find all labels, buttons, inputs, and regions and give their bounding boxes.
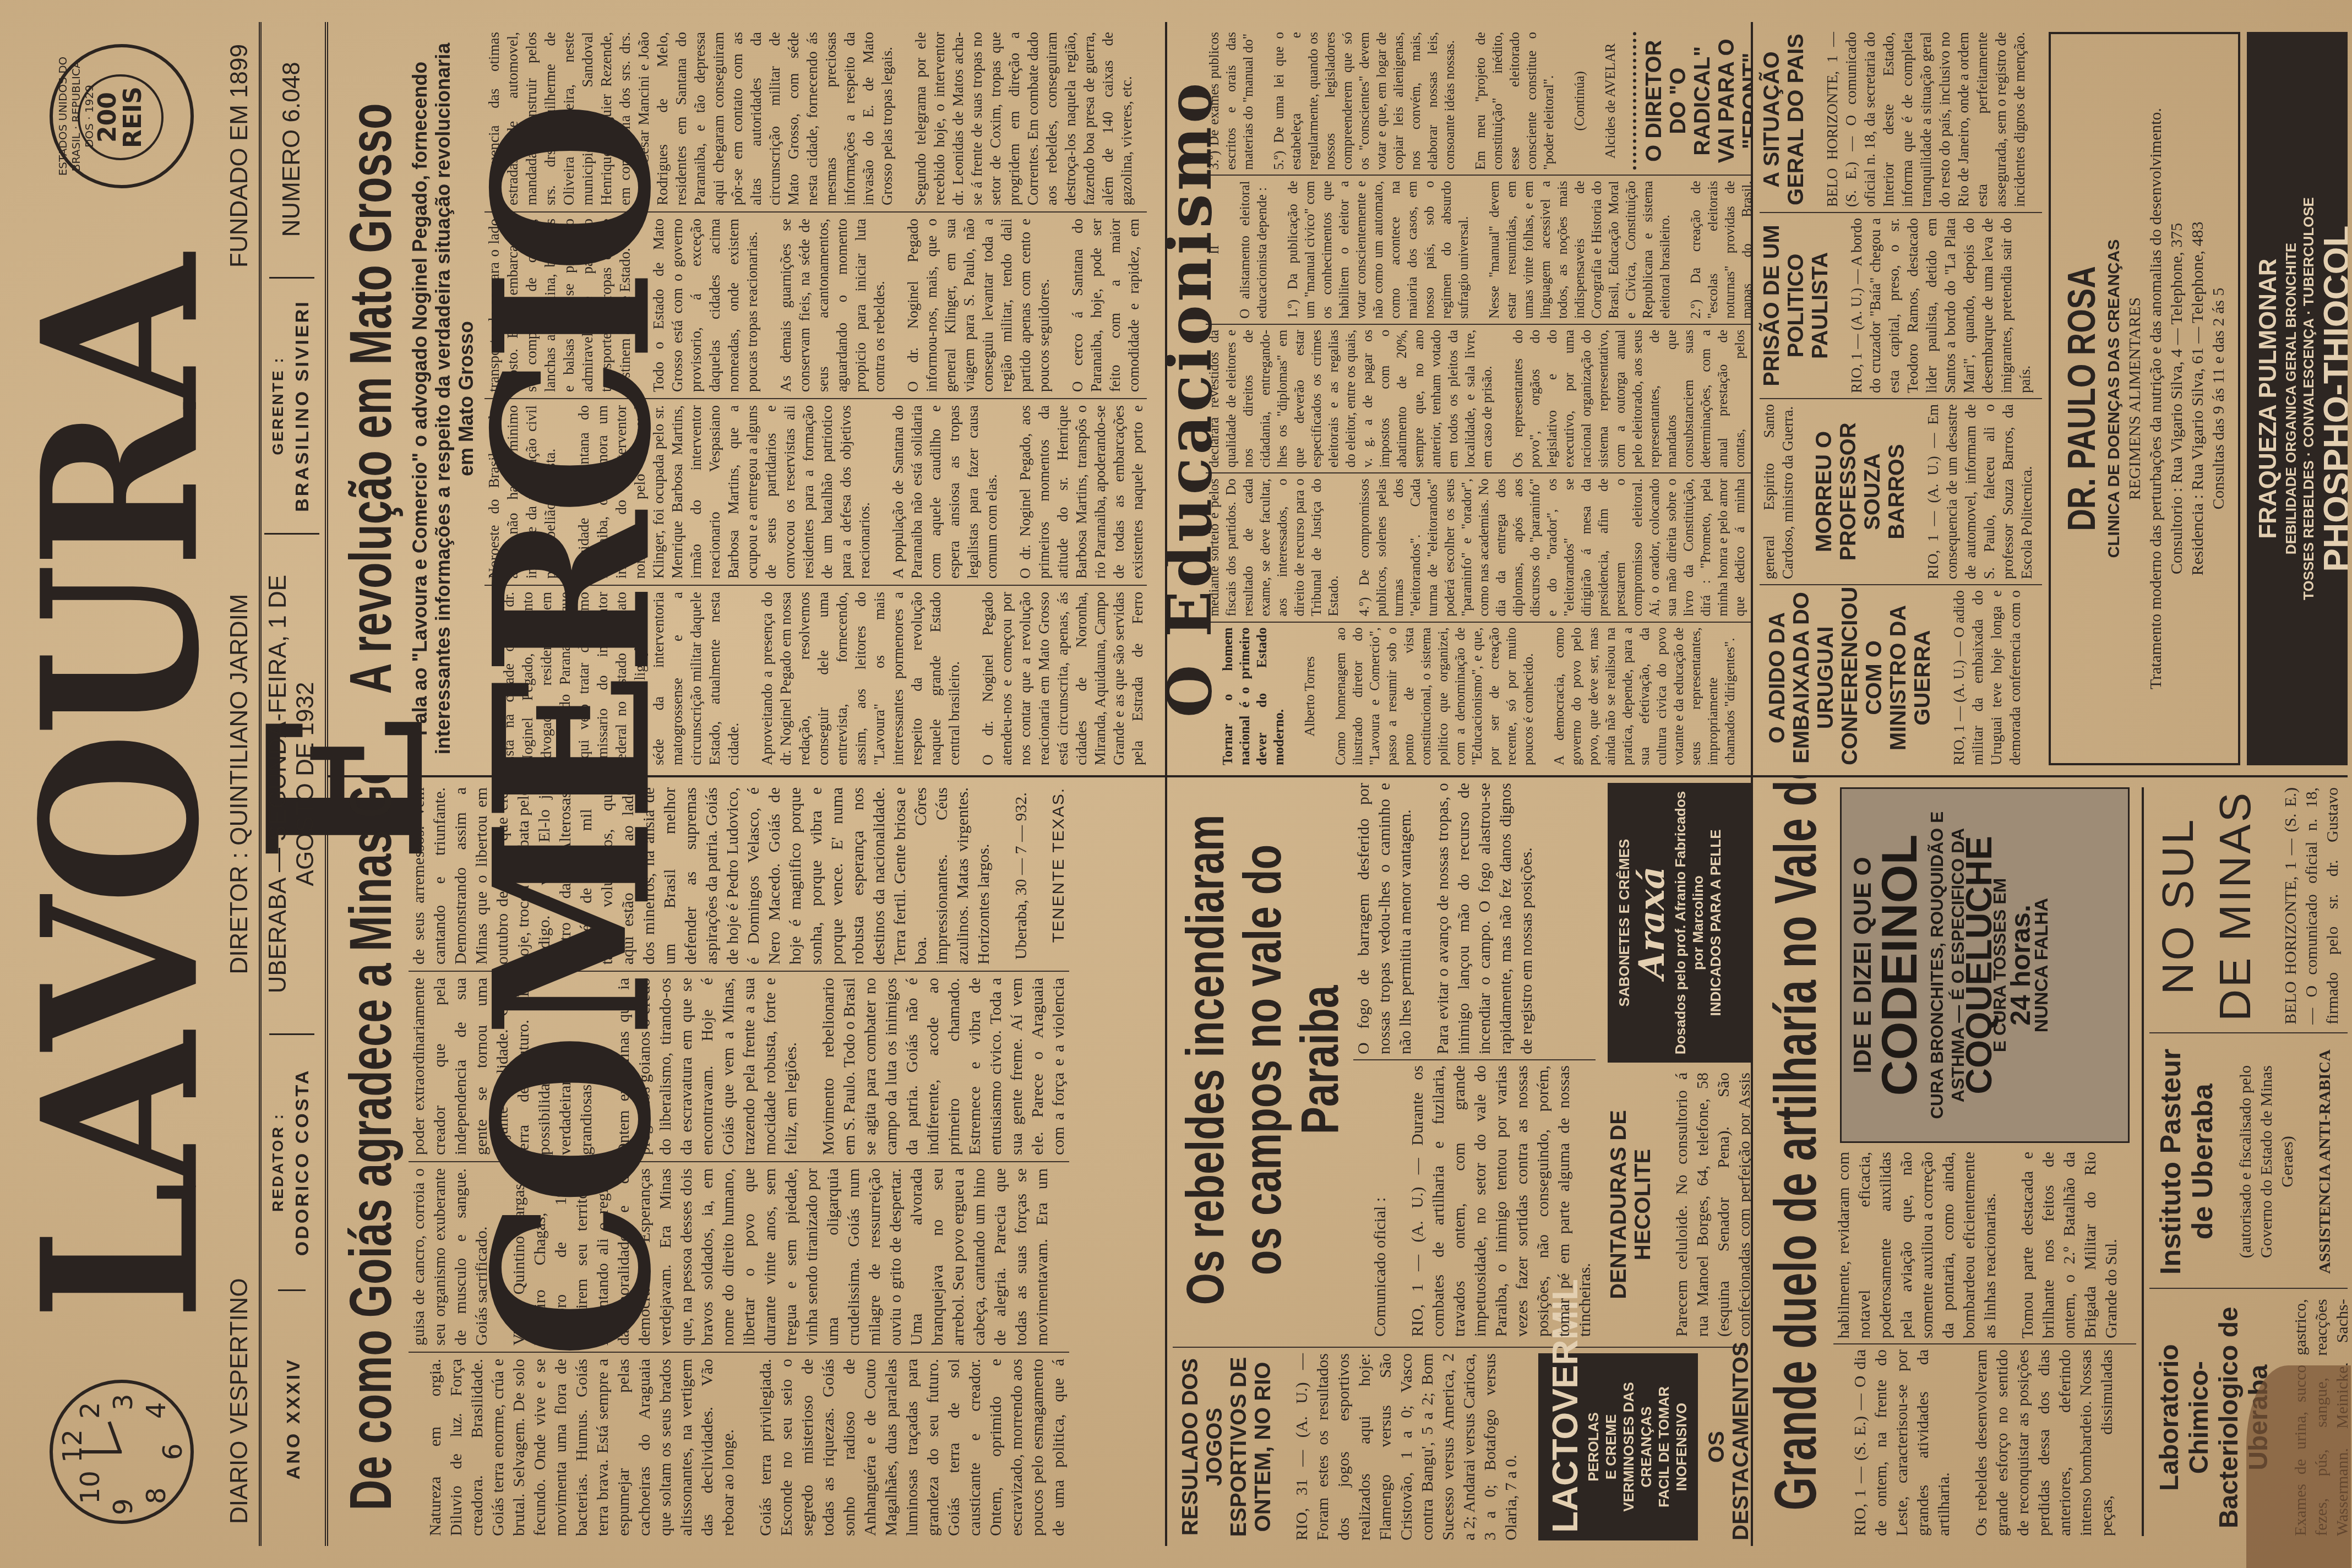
headline-prisao: PRISÃO DE UM POLITICO PAULISTA	[1760, 218, 1832, 393]
headline-esportes: RESULADO DOS JOGOS ESPORTIVOS DE ONTEM, …	[1178, 1353, 1275, 1540]
paragraph: 3.º) De exames publicos escritos e orais…	[1206, 32, 1257, 170]
stamp-unit: REIS	[121, 86, 146, 148]
paragraph: Nesse "manual" devem estar resumidas, em…	[1486, 181, 1674, 318]
ad-instituto-pasteur: Instituto Pasteur de Uberaba (autorisado…	[2149, 1043, 2348, 1289]
masthead-info-bar: ANO XXXIV REDATOR :ODORICO COSTA UBERABA…	[259, 22, 322, 1546]
paragraph: Tomou parte destacada e brilhante nos fe…	[2017, 1152, 2122, 1338]
paragraph: O alistamento eleitoral educacionista de…	[1237, 181, 1271, 318]
headline-adido: O ADIDO DA EMBAIXADA DO URUGUAI CONFEREN…	[1765, 590, 1935, 765]
paragraph: Aproveitando a presença do dr. Noginel P…	[758, 592, 963, 765]
headline-situacao: A SITUAÇÃO GERAL DO PAIS	[1760, 32, 1808, 207]
editor-cell: REDATOR :ODORICO COSTA	[269, 1033, 314, 1290]
headline-mato-grosso: A revolução em Mato Grosso	[338, 63, 403, 734]
signature: TENENTE TEXAS.	[1048, 787, 1069, 965]
paragraph: RIO, 1 — (S. E.) — O dia de ontem, na fr…	[1850, 1349, 1954, 1536]
epigraph-author: Alberto Torres	[1302, 628, 1319, 765]
front-row-2: RESULADO DOS JOGOS ESPORTIVOS DE ONTEM, …	[1167, 22, 1753, 1546]
paragraph: A democracia, como governo do povo pelo …	[1551, 628, 1739, 765]
headline-radical: O DIRETOR DO "O RADICAL" VAI PARA O "FRO…	[1642, 32, 1751, 170]
headline-educacionismo: O Educacionismo	[1179, 32, 1200, 765]
paragraph: Comunicado oficial :	[1370, 1065, 1391, 1337]
paragraph: 5.º) De uma lei que o estabeleça e regul…	[1271, 32, 1458, 170]
ad-lactovermil: LACTOVERMIL PEROLASE CREME VERMINOSES DA…	[1538, 1353, 1698, 1540]
headline-artilharia: Grande duelo de artilharía no Vale do Pa…	[1763, 813, 1828, 1510]
ad-araxa: SABONETES E CRÊMES Araxá Dosados pelo pr…	[1608, 783, 1751, 1063]
headline-sul-de-minas: NO SUL DE MINAS	[2149, 787, 2264, 1025]
dateline: Uberaba, 30 — 7 — 932.	[1011, 787, 1032, 965]
year-cell: ANO XXXIV	[278, 1289, 306, 1546]
stamp-value: 200	[95, 92, 121, 143]
paragraph: BELO HORIZONTE, 1 — (S. E.) — O comunica…	[2280, 787, 2348, 1025]
news-block-right: O ADIDO DA EMBAIXADA DO URUGUAI CONFEREN…	[1753, 22, 2348, 775]
front-row-3: Grande duelo de artilharía no Vale do Pa…	[1753, 22, 2348, 1546]
masthead: 1223 468 910 LAVOURA E COMERCIO ESTADOS …	[17, 22, 328, 1546]
news-block-middle-left: RESULADO DOS JOGOS ESPORTIVOS DE ONTEM, …	[1167, 775, 1751, 1546]
founded-line: FUNDADO EM 1899	[226, 44, 253, 268]
clock-icon: 1223 468 910	[50, 1380, 194, 1524]
paragraph: O fogo de barragem desferido por nossas …	[1353, 783, 1416, 1054]
epigraph: Tornar o homem nacional é o primeiro dev…	[1219, 628, 1288, 765]
postage-stamp-icon: ESTADOS UNIDOS DO BRASIL · REPUBLICA DOS…	[50, 44, 194, 188]
paragraph: RIO, 31 — (A. U.) — Foram estes os resul…	[1292, 1353, 1522, 1540]
paragraph: Como homenagem ao ilustrado diretor do "…	[1332, 628, 1537, 765]
ad-dentaduras: DENTADURAS DE HECOLITE Parecem celuloide…	[1601, 1072, 1751, 1337]
paragraph: Natureza em orgia. Diluvio de luz. Força…	[425, 1359, 739, 1536]
paragraph: RIO, 1 — (A. U.) — A bordo do cruzador "…	[1847, 218, 2034, 393]
paragraph: RIO, 1 — (A. U.) — Em consequencia de um…	[1924, 404, 2036, 579]
issue-number-cell: NUMERO 6.048	[278, 22, 306, 277]
ad-phospho-thiocol: FRAQUEZA PULMONAR DEBILIDADE ORGANICA GE…	[2247, 32, 2348, 765]
signature: Alcides de AVELAR	[1602, 32, 1619, 170]
torn-corner	[2246, 1365, 2351, 1568]
continues-label: (Continúa)	[1571, 32, 1588, 170]
paragraph: O dr. Noginel Pegado informou-nos, mais,…	[903, 219, 1053, 392]
article-educacionismo: O Educacionismo Tornar o homem nacional …	[1167, 22, 1751, 775]
paragraph: 2.º) Da creação de "escolas eleitorais n…	[1687, 181, 1751, 318]
paragraph: Em meu "projeto de constituição" inédito…	[1472, 32, 1558, 170]
paragraph: Para evitar o avanço de nossas tropas, o…	[1433, 783, 1537, 1054]
paragraph: As demais guarnições se conservam fieis,…	[776, 219, 889, 392]
newspaper-page: 1223 468 910 LAVOURA E COMERCIO ESTADOS …	[0, 0, 2352, 1568]
headline-goias: De como Goiás agradece a Minas Gerais	[338, 813, 403, 1510]
dateline-cell: UBERABA — SEGUNDA-FEIRA, 1 DE AGOSTO DE …	[264, 533, 319, 1033]
headline-souza-barros: MORREU O PROFESSOR SOUZA BARROS	[1812, 404, 1909, 579]
ad-codeinol: IDE E DIZEI QUE O CODEINOL CURA BRONCHIT…	[1840, 787, 2130, 1143]
headline-destacamentos: OS DESTACAMENTOS LATERAIS DO SUL	[1705, 1353, 1751, 1540]
sul-de-minas: NO SUL DE MINAS BELO HORIZONTE, 1 — (S. …	[2149, 787, 2348, 1033]
paragraph: RIO, 1 — (A. U.) — Durante os combates d…	[1407, 1065, 1596, 1337]
manager-cell: GERENTE :BRASILINO SIVIERI	[269, 277, 314, 533]
headline-rebeldes: Os rebeldes incendiaram os campos no val…	[1177, 792, 1349, 1327]
paragraph: Os representantes do povo", orgãos do le…	[1510, 330, 1751, 467]
scan-background: 1223 468 910 LAVOURA E COMERCIO ESTADOS …	[0, 0, 2352, 1568]
paragraph: BELO HORIZONTE, 1 — (S. E.) — O comunica…	[1823, 32, 2029, 207]
ad-dr-paulo-rosa: DR. PAULO ROSA CLINICA DE DOENÇAS DAS CR…	[2049, 32, 2240, 765]
paragraph: 1.º) Da publicação de um "manual civico"…	[1284, 181, 1472, 318]
paragraph: Segundo telegrama por ele recebido hoje,…	[911, 32, 1136, 205]
paragraph: A população de Santana do Paranaiba não …	[889, 405, 1001, 579]
